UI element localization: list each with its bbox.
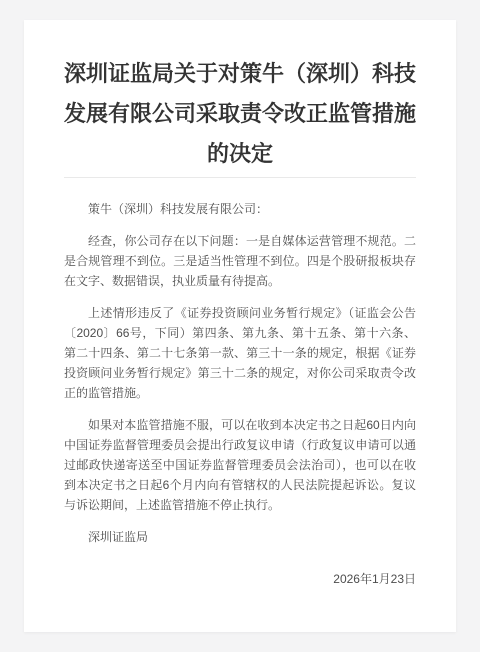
paragraph-appeal-rights: 如果对本监管措施不服，可以在收到本决定书之日起60日内向中国证券监督管理委员会提…: [64, 415, 416, 515]
document-date: 2026年1月23日: [64, 569, 416, 589]
signature: 深圳证监局: [64, 527, 416, 547]
paragraph-legal-basis: 上述情形违反了《证券投资顾问业务暂行规定》（证监会公告〔2020〕66号，下同）…: [64, 303, 416, 403]
title-divider: [64, 177, 416, 178]
salutation: 策牛（深圳）科技发展有限公司：: [64, 199, 416, 219]
paragraph-findings: 经查，你公司存在以下问题：一是自媒体运营管理不规范。二是合规管理不到位。三是适当…: [64, 231, 416, 291]
document-title: 深圳证监局关于对策牛（深圳）科技发展有限公司采取责令改正监管措施的决定: [64, 54, 416, 174]
page-background: { "document": { "title": "深圳证监局关于对策牛（深圳）…: [0, 0, 480, 652]
document-card: 深圳证监局关于对策牛（深圳）科技发展有限公司采取责令改正监管措施的决定 策牛（深…: [24, 20, 456, 632]
